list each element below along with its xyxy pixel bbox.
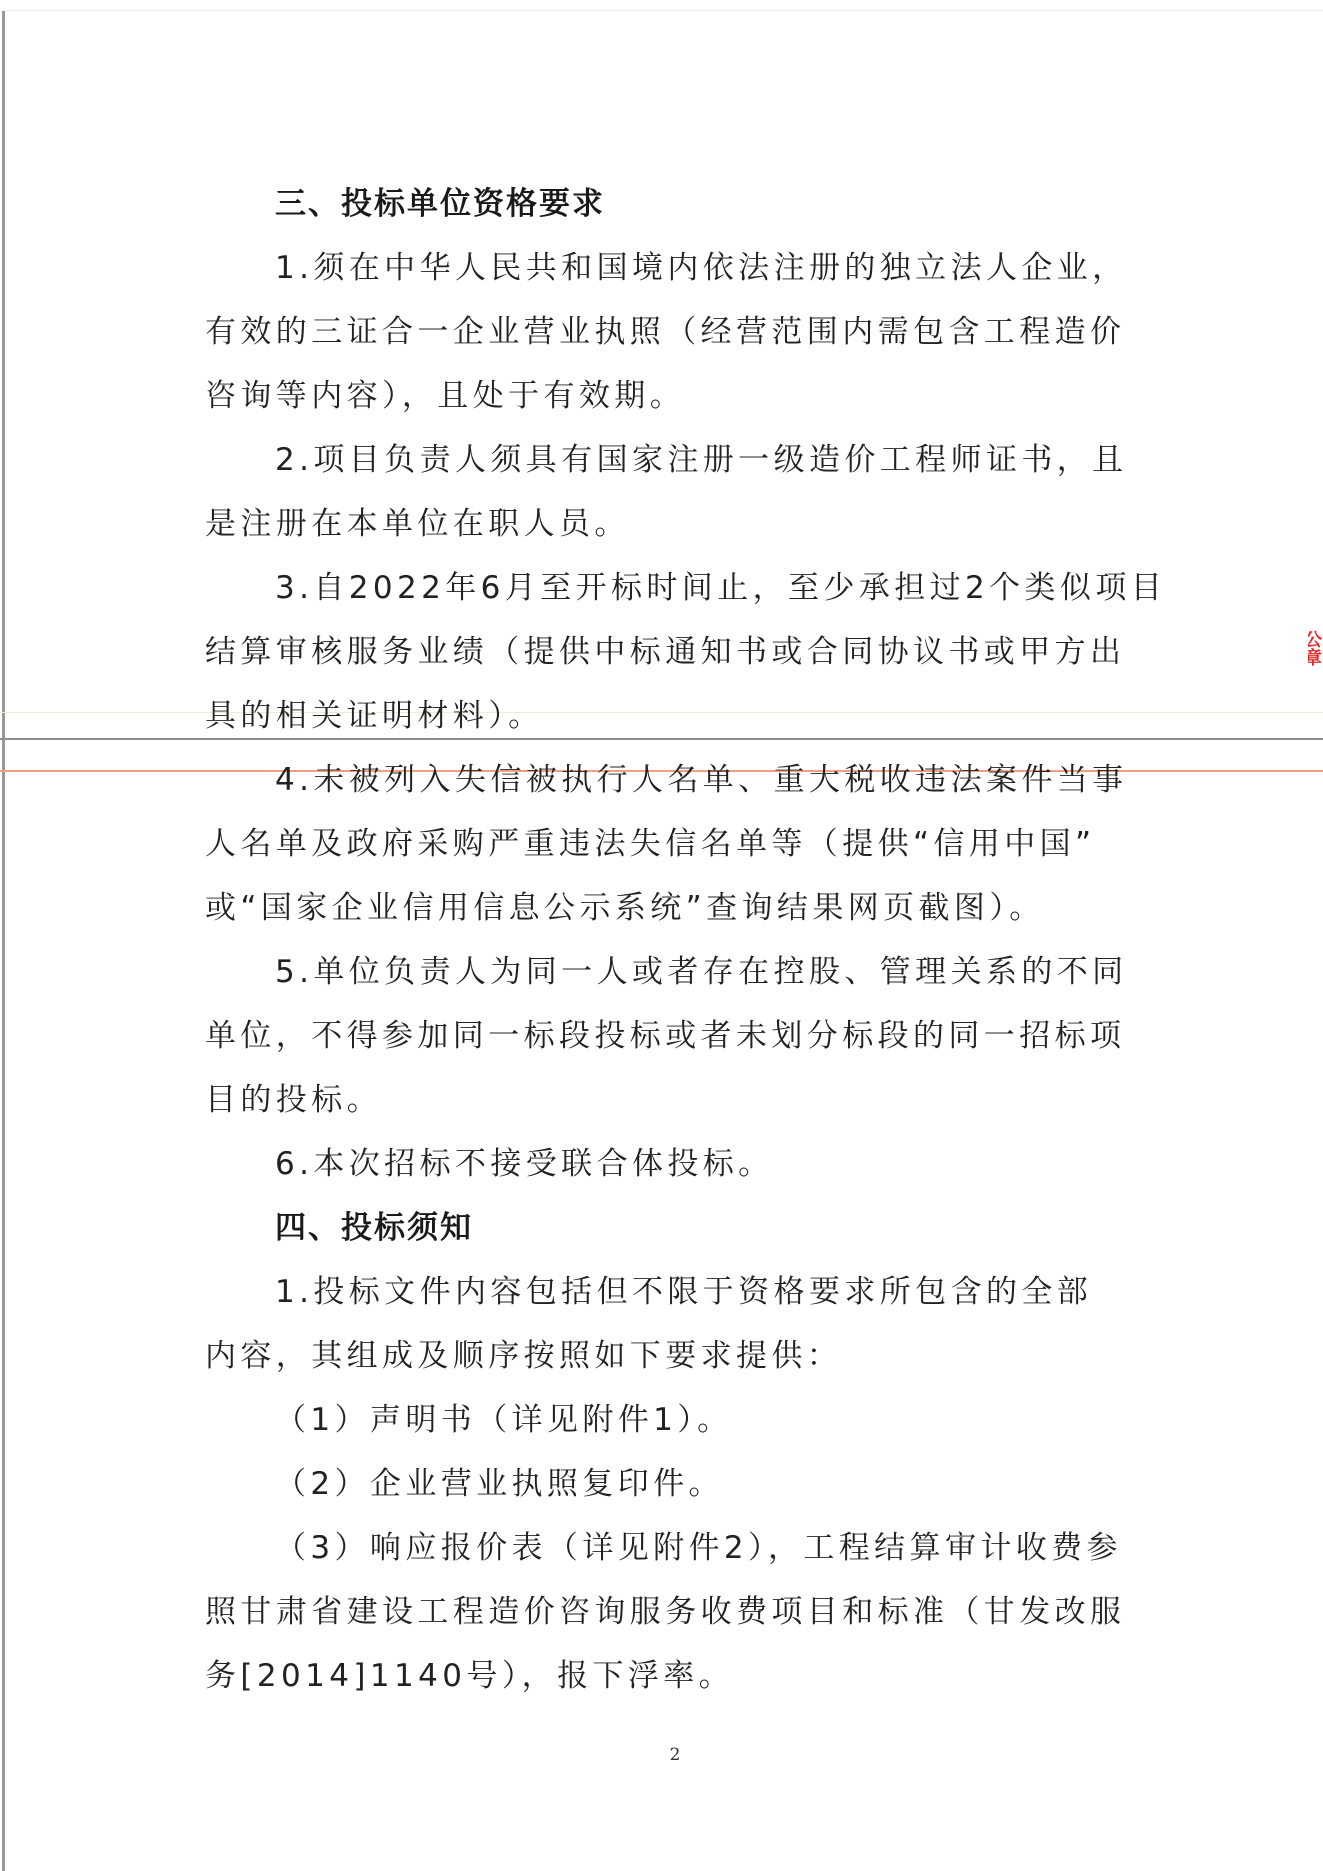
paragraph-line: 具的相关证明材料）。 [205,684,1130,748]
paragraph-line: 咨询等内容），且处于有效期。 [205,364,1130,428]
paragraph-line: 4.未被列入失信被执行人名单、重大税收违法案件当事 [205,748,1130,812]
paragraph-line: 有效的三证合一企业营业执照（经营范围内需包含工程造价 [205,300,1130,364]
requirement-item-6: 6.本次招标不接受联合体投标。 [205,1132,1130,1196]
paragraph-line: 内容，其组成及顺序按照如下要求提供： [205,1324,1130,1388]
paragraph-line: （3）响应报价表（详见附件2），工程结算审计收费参 [205,1516,1130,1580]
notice-subitem-1: （1）声明书（详见附件1）。 [205,1388,1130,1452]
section-heading: 三、投标单位资格要求 [205,172,1130,236]
scan-top-edge [2,10,1323,11]
paragraph-line: 单位，不得参加同一标段投标或者未划分标段的同一招标项 [205,1004,1130,1068]
red-seal-stamp-fragment: 公章 [1308,630,1323,880]
paragraph-line: 3.自2022年6月至开标时间止，至少承担过2个类似项目 [205,556,1130,620]
paragraph-line: （2）企业营业执照复印件。 [205,1452,1130,1516]
paragraph-line: 6.本次招标不接受联合体投标。 [205,1132,1130,1196]
notice-subitem-3: （3）响应报价表（详见附件2），工程结算审计收费参 照甘肃省建设工程造价咨询服务… [205,1516,1130,1708]
notice-item-1: 1.投标文件内容包括但不限于资格要求所包含的全部 内容，其组成及顺序按照如下要求… [205,1260,1130,1388]
paragraph-line: 1.投标文件内容包括但不限于资格要求所包含的全部 [205,1260,1130,1324]
requirement-item-1: 1.须在中华人民共和国境内依法注册的独立法人企业， 有效的三证合一企业营业执照（… [205,236,1130,428]
document-body: 三、投标单位资格要求 1.须在中华人民共和国境内依法注册的独立法人企业， 有效的… [205,172,1130,1708]
paragraph-line: 结算审核服务业绩（提供中标通知书或合同协议书或甲方出 [205,620,1130,684]
paragraph-line: 1.须在中华人民共和国境内依法注册的独立法人企业， [205,236,1130,300]
paragraph-line: 照甘肃省建设工程造价咨询服务收费项目和标准（甘发改服 [205,1580,1130,1644]
notice-subitem-2: （2）企业营业执照复印件。 [205,1452,1130,1516]
paragraph-line: 2.项目负责人须具有国家注册一级造价工程师证书，且 [205,428,1130,492]
paragraph-line: 目的投标。 [205,1068,1130,1132]
requirement-item-3: 3.自2022年6月至开标时间止，至少承担过2个类似项目 结算审核服务业绩（提供… [205,556,1130,748]
document-page: 公章 三、投标单位资格要求 1.须在中华人民共和国境内依法注册的独立法人企业， … [0,0,1323,1871]
paragraph-line: 或“国家企业信用信息公示系统”查询结果网页截图）。 [205,876,1130,940]
paragraph-line: 5.单位负责人为同一人或者存在控股、管理关系的不同 [205,940,1130,1004]
requirement-item-2: 2.项目负责人须具有国家注册一级造价工程师证书，且 是注册在本单位在职人员。 [205,428,1130,556]
section-heading: 四、投标须知 [205,1196,1130,1260]
paragraph-line: 务[2014]1140号），报下浮率。 [205,1644,1130,1708]
paragraph-line: 人名单及政府采购严重违法失信名单等（提供“信用中国” [205,812,1130,876]
requirement-item-4: 4.未被列入失信被执行人名单、重大税收违法案件当事 人名单及政府采购严重违法失信… [205,748,1130,940]
scan-left-edge [2,10,5,1871]
paragraph-line: （1）声明书（详见附件1）。 [205,1388,1130,1452]
requirement-item-5: 5.单位负责人为同一人或者存在控股、管理关系的不同 单位，不得参加同一标段投标或… [205,940,1130,1132]
paragraph-line: 是注册在本单位在职人员。 [205,492,1130,556]
page-number: 2 [660,1745,690,1765]
